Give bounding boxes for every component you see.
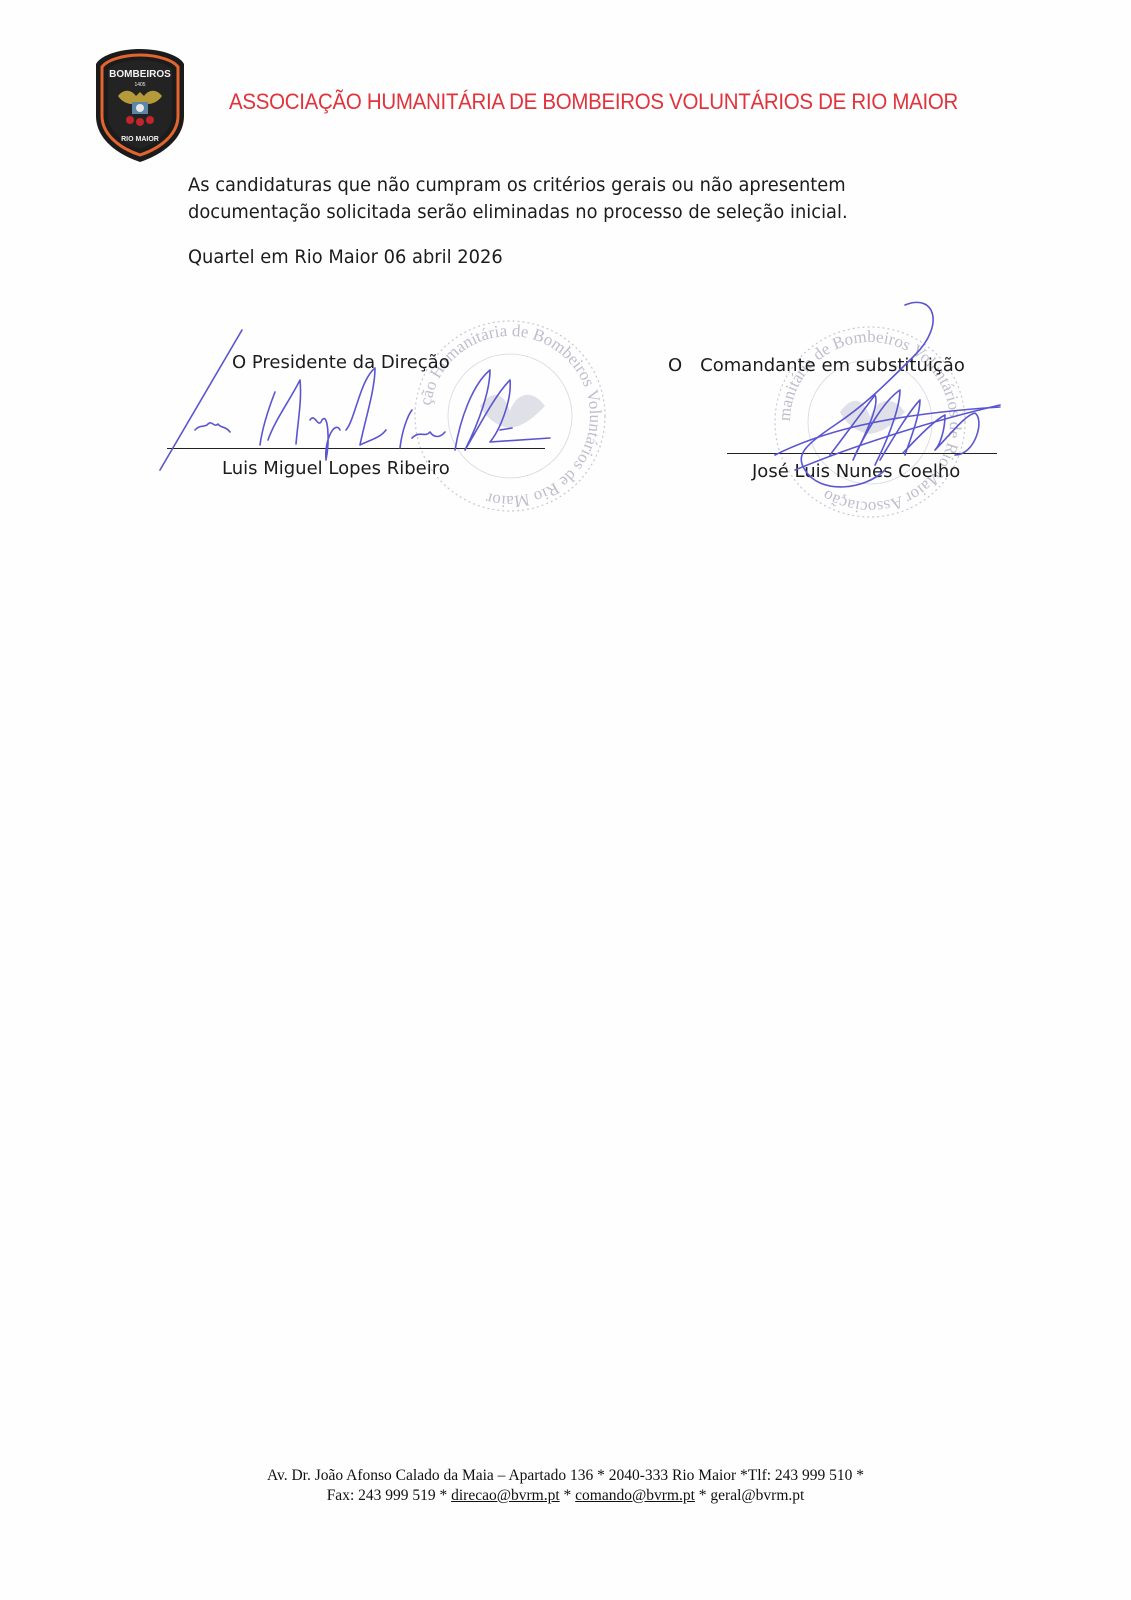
bombeiros-crest-icon: BOMBEIROS 1405 RIO MAIOR [92,46,188,164]
signatory-title-prefix: O [668,355,682,376]
signatory-name: Luis Miguel Lopes Ribeiro [222,458,450,479]
official-stamp-icon: ção Humanitária de Bombeiros Voluntários… [410,316,610,516]
email-comando-link[interactable]: comando@bvrm.pt [575,1487,695,1504]
paragraph-line-2: documentação solicitada serão eliminadas… [188,199,940,226]
footer-contact: Av. Dr. João Afonso Calado da Maia – Apa… [0,1466,1131,1506]
footer-fax: Fax: 243 999 519 * [327,1487,451,1504]
svg-text:1405: 1405 [134,82,145,88]
signature-line [167,448,545,449]
signatory-name: José Luis Nunes Coelho [752,461,960,482]
signatory-title: OComandante em substituição [668,355,965,376]
dateline: Quartel em Rio Maior 06 abril 2026 [188,246,503,268]
separator: * [695,1487,711,1504]
paragraph-line-1: As candidaturas que não cumpram os crité… [188,172,940,199]
footer-address: Av. Dr. João Afonso Calado da Maia – Apa… [0,1466,1131,1486]
svg-text:BOMBEIROS: BOMBEIROS [109,69,171,80]
signatory-title-text: Comandante em substituição [700,355,965,376]
svg-text:RIO MAIOR: RIO MAIOR [121,136,159,143]
email-geral: geral@bvrm.pt [710,1487,804,1504]
email-direcao-link[interactable]: direcao@bvrm.pt [451,1487,560,1504]
official-stamp-icon: Humanitária de Bombeiros Voluntários de … [770,322,970,522]
separator: * [560,1487,576,1504]
organization-title: ASSOCIAÇÃO HUMANITÁRIA DE BOMBEIROS VOLU… [229,89,958,115]
document-page: BOMBEIROS 1405 RIO MAIOR ASSOCIAÇÃO HUMA… [0,0,1131,1600]
signature-line [727,453,997,454]
footer-contacts-line: Fax: 243 999 519 * direcao@bvrm.pt * com… [0,1486,1131,1506]
signatory-title: O Presidente da Direção [232,352,450,373]
body-paragraph: As candidaturas que não cumpram os crité… [188,172,940,226]
